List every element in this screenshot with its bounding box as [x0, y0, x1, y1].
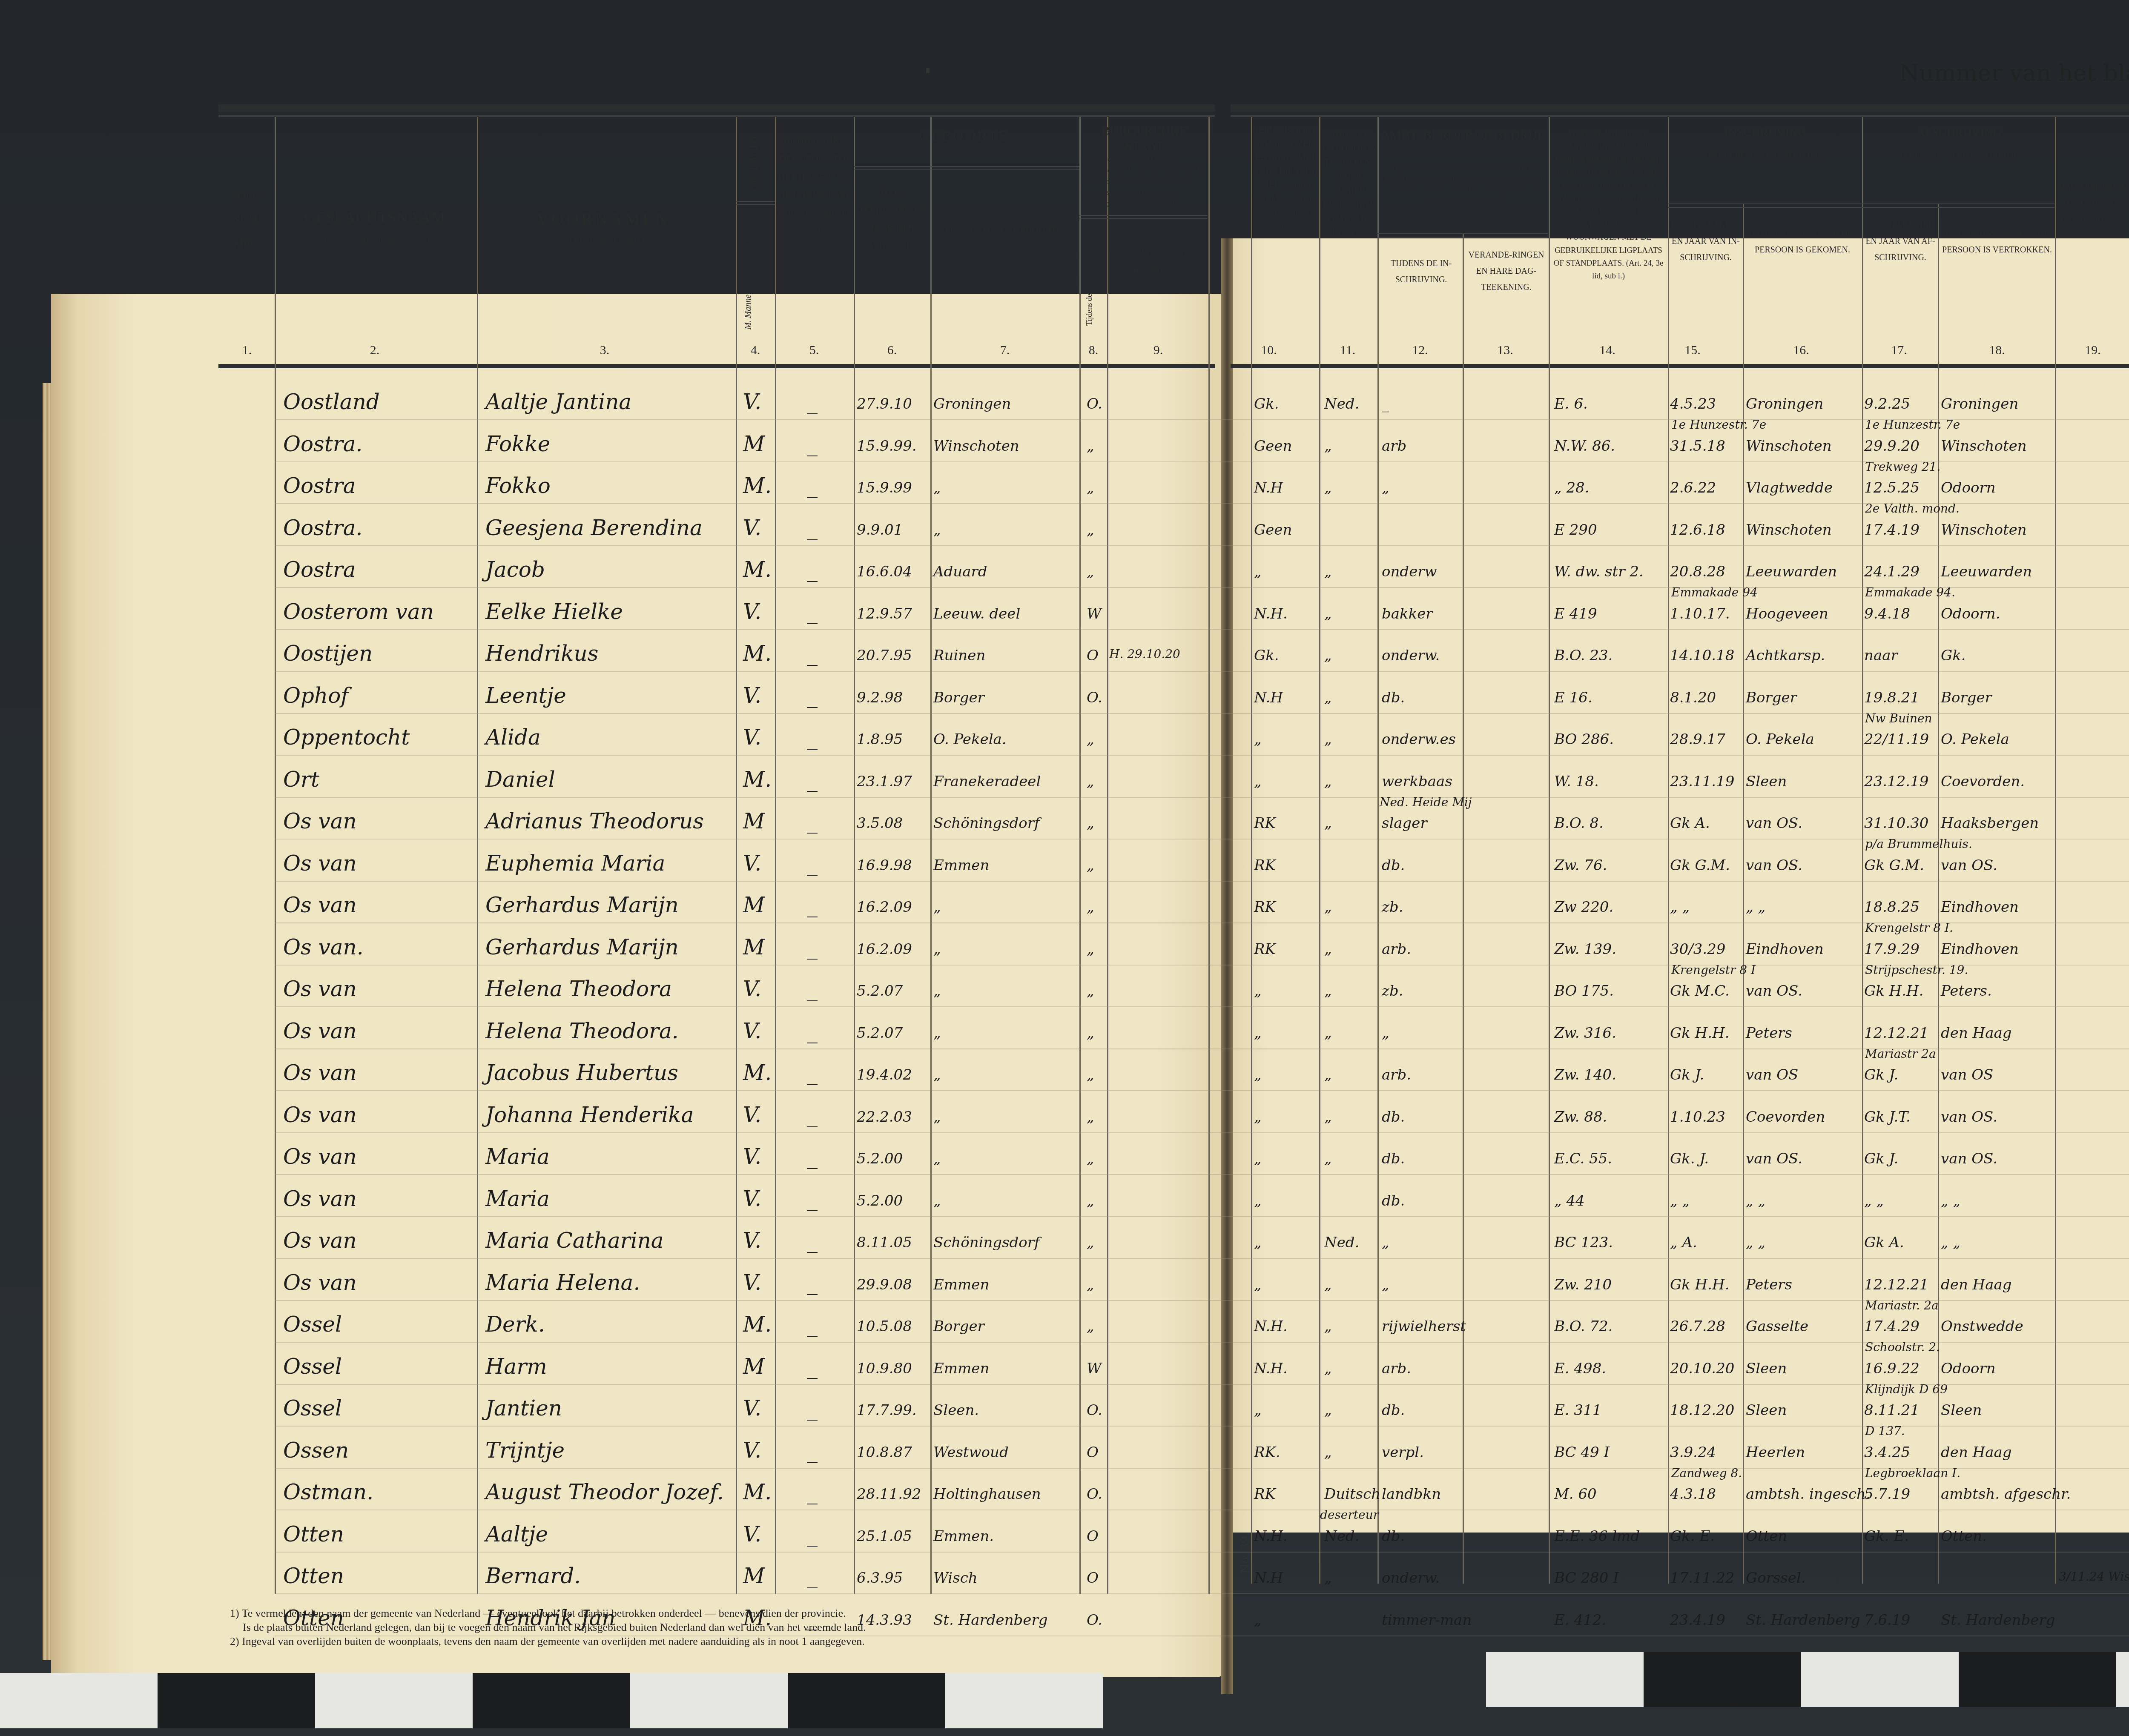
birth-date-cell: 5.2.07	[857, 983, 903, 1000]
address-cell: BC 123.	[1554, 1234, 1613, 1251]
address-note: Nw Buinen	[1865, 711, 1932, 725]
surname-cell: Os van	[283, 1270, 357, 1295]
birth-place-cell: Schöningsdorf	[933, 815, 1040, 832]
registration-date-cell: 12.6.18	[1670, 521, 1725, 539]
header-veranderingen-beroep: VERANDE-RINGEN EN HARE DAG-TEEKENING.	[1465, 247, 1548, 295]
birth-place-cell: „	[933, 1025, 941, 1042]
birth-place-cell: Sleen.	[933, 1402, 979, 1419]
birth-date-cell: 16.9.98	[857, 857, 912, 874]
sex-cell: M	[743, 432, 765, 456]
given-names-cell: Fokke	[485, 432, 550, 456]
deregistration-date-cell: 17.4.19	[1864, 521, 1920, 539]
church-cell: „	[1254, 1109, 1262, 1126]
occupation-cell: zb.	[1382, 983, 1403, 1000]
address-cell: W. dw. str 2.	[1554, 563, 1644, 580]
header-burgerlijke-staat: BURGERLIJKE STAAT	[1081, 123, 1208, 154]
sex-cell: V.	[743, 1186, 761, 1211]
registration-origin-cell: Winschoten	[1746, 521, 1832, 539]
row-ruling	[275, 922, 2129, 923]
nationality-cell: „	[1324, 815, 1332, 832]
header-afschrijving-sub: UIT HET BEVOLKINGSREGISTER.	[1863, 151, 2055, 160]
deregistration-date-cell: 16.9.22	[1864, 1360, 1920, 1377]
death-cell: 3/11.24 Wisch	[2059, 1570, 2129, 1584]
birth-date-cell: 25.1.05	[857, 1528, 912, 1545]
civil-change-cell: H. 29.10.20	[1109, 647, 1180, 661]
occupation-cell: werkbaas	[1382, 773, 1452, 790]
given-names-cell: Euphemia Maria	[485, 851, 665, 876]
header-inschrijving-plaats: PLAATS 1) VAN WAAR DE PERSOON IS GEKOMEN…	[1744, 226, 1861, 258]
deregistration-date-cell: Gk. E.	[1864, 1528, 1909, 1545]
church-cell: RK	[1254, 1486, 1276, 1503]
deregistration-date-cell: 7.6.19	[1864, 1612, 1910, 1629]
registration-date-cell: 31.5.18	[1670, 438, 1725, 455]
row-ruling	[275, 839, 2129, 839]
occupation-cell: db.	[1382, 1150, 1405, 1167]
inschrijving-sub-rule	[1668, 203, 1862, 208]
registration-date-cell: 17.11.22	[1670, 1570, 1734, 1587]
deregistration-date-cell: 8.11.21	[1864, 1402, 1920, 1419]
sex-cell: M	[743, 1354, 765, 1379]
civil-status-cell: „	[1087, 1025, 1094, 1042]
sex-cell: V.	[743, 516, 761, 540]
relation-cell: _	[807, 1564, 818, 1588]
birth-place-cell: Groningen	[933, 395, 1011, 413]
geboorte-sub-rule	[854, 166, 1079, 170]
address-cell: Zw. 76.	[1554, 857, 1607, 874]
deregistration-destination-cell: ambtsh. afgeschr.	[1941, 1486, 2071, 1503]
church-cell: „	[1254, 773, 1262, 790]
address-cell: E. 6.	[1554, 395, 1588, 413]
row-ruling	[275, 1216, 2129, 1217]
birth-place-cell: Winschoten	[933, 438, 1019, 455]
header-veranderingen: Veranderingen en hare dagteekening.	[1109, 243, 1206, 280]
geslacht-sub-rule	[736, 201, 775, 205]
deregistration-destination-cell: Sleen	[1941, 1402, 1982, 1419]
header-burgerlijke-sub: voor ongehuwden met O, voor de gehuwden …	[1082, 153, 1207, 209]
column-number: 15.	[1680, 343, 1705, 358]
nationality-cell: „	[1324, 438, 1332, 455]
address-note: 1e Hunzestr. 7e	[1865, 418, 1960, 432]
deregistration-date-cell: Gk G.M.	[1864, 857, 1924, 874]
header-inschrijving-datum: DAG-TEEKENING EN JAAR VAN IN-SCHRIJVING.	[1669, 217, 1742, 266]
sex-cell: V.	[743, 1228, 761, 1253]
sex-cell: M.	[743, 473, 772, 498]
header-tijdens-inschrijving: Tijdens de inschrijving.	[1085, 238, 1094, 341]
deregistration-date-cell: Gk J.T.	[1864, 1109, 1911, 1126]
relation-cell: _	[807, 725, 818, 750]
registration-origin-cell: St. Hardenberg	[1746, 1612, 1860, 1629]
column-number: 7.	[992, 343, 1018, 358]
relation-cell: _	[807, 767, 818, 792]
occupation-cell: onderw.	[1382, 647, 1440, 664]
deregistration-destination-cell: van OS.	[1941, 857, 1997, 874]
row-ruling	[275, 1510, 2129, 1510]
header-afschrijving-plaats: PLAATS 1) WAARHEEN DE PERSOON IS VERTROK…	[1940, 226, 2054, 258]
header-inschrijving-sub: IN HET BEVOLKINGSREGISTER.	[1669, 151, 1862, 160]
row-ruling	[275, 419, 2129, 420]
civil-status-cell: „	[1087, 815, 1094, 832]
col-divider	[775, 117, 776, 1594]
birth-place-cell: „	[933, 899, 941, 916]
surname-cell: Os van	[283, 1060, 357, 1085]
col-divider	[1107, 117, 1108, 1594]
surname-cell: Ossel	[283, 1354, 342, 1379]
row-ruling	[275, 545, 2129, 546]
relation-cell: _	[807, 1312, 818, 1337]
church-cell: „	[1254, 1025, 1262, 1042]
registration-date-cell: Gk H.H.	[1670, 1025, 1730, 1042]
sex-cell: V.	[743, 390, 761, 414]
relation-cell: _	[807, 1019, 818, 1043]
column-number: 4.	[743, 343, 768, 358]
sex-cell: V.	[743, 977, 761, 1001]
given-names-cell: Jacobus Hubertus	[485, 1060, 678, 1085]
birth-date-cell: 27.9.10	[857, 395, 912, 413]
occupation-cell: db.	[1382, 1109, 1405, 1126]
church-cell: Geen	[1254, 438, 1292, 455]
deregistration-destination-cell: Peters.	[1941, 983, 1992, 1000]
civil-status-cell: „	[1087, 563, 1094, 580]
church-cell: RK	[1254, 857, 1276, 874]
deregistration-destination-cell: „ „	[1941, 1234, 1960, 1251]
deregistration-date-cell: 18.8.25	[1864, 899, 1920, 916]
deregistration-destination-cell: St. Hardenberg	[1941, 1612, 2055, 1629]
surname-cell: Os van	[283, 851, 357, 876]
given-names-cell: Adrianus Theodorus	[485, 809, 704, 834]
relation-cell: _	[807, 1186, 818, 1211]
address-cell: E 290	[1554, 521, 1597, 539]
surname-cell: Oppentocht	[283, 725, 410, 750]
birth-place-cell: Borger	[933, 1318, 984, 1335]
row-ruling	[275, 461, 2129, 462]
address-note: deserteur	[1320, 1508, 1379, 1522]
church-cell: N.H.	[1254, 1360, 1288, 1377]
registration-origin-cell: Gorssel.	[1746, 1570, 1806, 1587]
header-rule-bottom-right	[1231, 364, 2129, 368]
sex-cell: V.	[743, 851, 761, 876]
deregistration-date-cell: Gk A.	[1864, 1234, 1904, 1251]
birth-place-cell: St. Hardenberg	[933, 1612, 1047, 1629]
nationality-cell: „	[1324, 731, 1332, 748]
footnote-1-cont: Is de plaats buiten Nederland gelegen, d…	[243, 1621, 866, 1634]
deregistration-destination-cell: O. Pekela	[1941, 731, 2009, 748]
civil-status-cell: „	[1087, 1276, 1094, 1293]
registration-origin-cell: van OS.	[1746, 857, 1802, 874]
given-names-cell: Bernard.	[485, 1564, 581, 1588]
address-cell: „ 44	[1554, 1192, 1585, 1209]
relation-cell: _	[807, 1480, 818, 1504]
church-cell: „	[1254, 731, 1262, 748]
given-names-cell: August Theodor Jozef.	[485, 1480, 724, 1504]
col-divider	[477, 117, 478, 1594]
deregistration-destination-cell: Coevorden.	[1941, 773, 2025, 790]
row-ruling	[275, 1048, 2129, 1049]
burgerlijke-sub-rule	[1079, 215, 1207, 219]
address-cell: B.O. 72.	[1554, 1318, 1613, 1335]
civil-status-cell: O.	[1087, 395, 1102, 413]
deregistration-date-cell: naar	[1864, 647, 1898, 664]
header-rule-top-left	[218, 104, 1215, 112]
civil-status-cell: „	[1087, 899, 1094, 916]
birth-place-cell: Emmen	[933, 1276, 989, 1293]
header-overlijden: DAG-TEEKENING EN JAAR VAN OVER-LIJDEN 2)…	[2057, 179, 2129, 227]
birth-date-cell: 9.9.01	[857, 521, 903, 539]
surname-cell: Ort	[283, 767, 319, 792]
nationality-cell: „	[1324, 983, 1332, 1000]
birth-date-cell: 1.8.95	[857, 731, 903, 748]
registration-origin-cell: Groningen	[1746, 395, 1823, 413]
column-number: 16.	[1788, 343, 1814, 358]
birth-date-cell: 15.9.99.	[857, 438, 917, 455]
nationality-cell: „	[1324, 1109, 1332, 1126]
address-cell: M. 60	[1554, 1486, 1597, 1503]
surname-cell: Oostland	[283, 390, 380, 414]
nationality-cell: „	[1324, 479, 1332, 496]
address-cell: Zw 220.	[1554, 899, 1613, 916]
given-names-cell: Hendrikus	[485, 641, 598, 666]
address-note: Mariastr. 2a	[1865, 1298, 1939, 1312]
registration-origin-cell: „ „	[1746, 1234, 1765, 1251]
given-names-cell: Eelke Hielke	[485, 599, 623, 624]
address-note: Mariastr 2a	[1865, 1047, 1936, 1061]
address-cell: E. 498.	[1554, 1360, 1606, 1377]
given-names-cell: Maria Helena.	[485, 1270, 640, 1295]
given-names-cell: Daniel	[485, 767, 555, 792]
registration-origin-cell: Heerlen	[1746, 1444, 1805, 1461]
given-names-cell: Leentje	[485, 683, 566, 708]
surname-cell: Ossen	[283, 1438, 349, 1463]
occupation-cell: db.	[1382, 1192, 1405, 1209]
nationality-cell: „	[1324, 941, 1332, 958]
surname-cell: Ossel	[283, 1396, 342, 1421]
address-note: 2e Valth. mond.	[1865, 501, 1960, 516]
row-ruling	[275, 1258, 2129, 1259]
registration-origin-cell: Sleen	[1746, 1360, 1787, 1377]
given-names-cell: Helena Theodora.	[485, 1019, 679, 1043]
sex-cell: V.	[743, 1396, 761, 1421]
relation-cell: _	[807, 1354, 818, 1379]
given-names-cell: Johanna Henderika	[485, 1103, 694, 1127]
address-cell: E.C. 55.	[1554, 1150, 1612, 1167]
row-ruling	[275, 1384, 2129, 1385]
occupation-cell: „	[1382, 1025, 1389, 1042]
registration-origin-cell: Vlagtwedde	[1746, 479, 1833, 496]
occupation-cell: rijwielherst	[1382, 1318, 1466, 1335]
surname-cell: Oosterom van	[283, 599, 434, 624]
registration-date-cell: 20.10.20	[1670, 1360, 1734, 1377]
deregistration-destination-cell: Eindhoven	[1941, 899, 2019, 916]
address-cell: W. 18.	[1554, 773, 1599, 790]
civil-status-cell: O.	[1087, 1486, 1102, 1503]
sex-cell: M.	[743, 1060, 772, 1085]
civil-status-cell: O.	[1087, 1402, 1102, 1419]
row-ruling	[275, 1468, 2129, 1469]
deregistration-destination-cell: Groningen	[1941, 395, 2018, 413]
occupation-cell: arb.	[1382, 1360, 1411, 1377]
relation-cell: _	[807, 473, 818, 498]
color-scale-bar-left	[0, 1673, 1103, 1728]
church-cell: „	[1254, 1066, 1262, 1083]
church-cell: N.H	[1254, 689, 1283, 706]
occupation-cell: db.	[1382, 857, 1405, 874]
nationality-cell: „	[1324, 899, 1332, 916]
occupation-cell: landbkn	[1382, 1486, 1441, 1503]
church-cell: N.H.	[1254, 1528, 1288, 1545]
birth-place-cell: „	[933, 1150, 941, 1167]
address-note: Emmakade 94.	[1865, 585, 1955, 599]
col-divider	[930, 117, 932, 1594]
sex-cell: V.	[743, 599, 761, 624]
birth-date-cell: 10.9.80	[857, 1360, 912, 1377]
row-ruling	[275, 1426, 2129, 1427]
birth-place-cell: Holtinghausen	[933, 1486, 1041, 1503]
deregistration-destination-cell: Odoorn.	[1941, 605, 2000, 622]
occupation-cell: timmer-man	[1382, 1612, 1472, 1629]
birth-date-cell: 5.2.00	[857, 1150, 903, 1167]
registration-origin-cell: van OS.	[1746, 983, 1802, 1000]
deregistration-destination-cell: Odoorn	[1941, 1360, 1996, 1377]
header-betrekking: BETREK-KING DER LEDEN TOT HET HOOFD VAN …	[777, 132, 853, 239]
header-geboorte-plaats: PLAATS 1) VAN GEBOORTE.	[933, 217, 1077, 241]
given-names-cell: Aaltje Jantina	[485, 390, 631, 414]
col-divider	[1862, 117, 1863, 1584]
surname-cell: Os van	[283, 1144, 357, 1169]
registration-origin-cell: Borger	[1746, 689, 1797, 706]
relation-cell: _	[807, 851, 818, 876]
surname-cell: Oostra.	[283, 516, 362, 540]
column-number: 1.	[234, 343, 260, 358]
relation-cell: _	[807, 977, 818, 1001]
sex-cell: V.	[743, 1019, 761, 1043]
registration-date-cell: Gk. E.	[1670, 1528, 1715, 1545]
birth-place-cell: Borger	[933, 689, 984, 706]
col-divider	[1463, 234, 1464, 1584]
col-divider	[1251, 117, 1252, 1584]
birth-place-cell: Franekeradeel	[933, 773, 1041, 790]
civil-status-cell: W	[1087, 1360, 1102, 1377]
address-cell: Zw. 139.	[1554, 941, 1616, 958]
relation-cell: _	[807, 1228, 818, 1253]
civil-status-cell: „	[1087, 731, 1094, 748]
civil-status-cell: „	[1087, 438, 1094, 455]
registration-date-cell: 23.4.19	[1670, 1612, 1725, 1629]
address-note: D 137.	[1865, 1424, 1905, 1438]
column-number: 11.	[1335, 343, 1360, 358]
birth-date-cell: 23.1.97	[857, 773, 912, 790]
relation-cell: _	[807, 1438, 818, 1463]
given-names-cell: Jacob	[485, 557, 545, 582]
registration-date-cell: 2.6.22	[1670, 479, 1716, 496]
given-names-cell: Maria Catharina	[485, 1228, 664, 1253]
registration-date-cell: „ „	[1670, 899, 1690, 916]
column-number: 3.	[592, 343, 617, 358]
nationality-cell: „	[1324, 1402, 1332, 1419]
col-divider	[1377, 117, 1379, 1584]
registration-date-cell: 3.9.24	[1670, 1444, 1716, 1461]
address-cell: B.O. 23.	[1554, 647, 1613, 664]
occupation-cell: arb.	[1382, 941, 1411, 958]
surname-cell: Otten	[283, 1522, 344, 1547]
nationality-cell: „	[1324, 1066, 1332, 1083]
row-ruling	[275, 629, 2129, 630]
given-names-cell: Geesjena Berendina	[485, 516, 703, 540]
surname-cell: Os van	[283, 809, 357, 834]
civil-status-cell: „	[1087, 1318, 1094, 1335]
church-cell: „	[1254, 1402, 1262, 1419]
address-note: Klijndijk D 69	[1865, 1382, 1948, 1396]
nationality-cell: „	[1324, 563, 1332, 580]
deregistration-date-cell: 22/11.19	[1864, 731, 1929, 748]
book-gutter	[1221, 238, 1233, 1694]
birth-place-cell: Leeuw. deel	[933, 605, 1020, 622]
birth-date-cell: 12.9.57	[857, 605, 912, 622]
registration-origin-cell: Achtkarsp.	[1746, 647, 1825, 664]
header-kerkgenootschap: KERK-GE-NOOT-SCHAP OF VER-EENIGING MET G…	[1252, 123, 1319, 232]
relation-cell: _	[807, 683, 818, 708]
row-ruling	[275, 1132, 2129, 1133]
occupation-cell: db.	[1382, 1528, 1405, 1545]
relation-cell: _	[807, 1396, 818, 1421]
row-ruling	[275, 1552, 2129, 1553]
occupation-cell: „	[1382, 1276, 1389, 1293]
nationality-cell: Ned.	[1324, 1234, 1359, 1251]
deregistration-date-cell: 9.4.18	[1864, 605, 1910, 622]
address-cell: „ 28.	[1554, 479, 1590, 496]
relation-cell: _	[807, 432, 818, 456]
birth-date-cell: 16.2.09	[857, 941, 912, 958]
occupation-cell: verpl.	[1382, 1444, 1424, 1461]
header-tijdens-inschrijving-beroep: TIJDENS DE IN-SCHRIJVING.	[1380, 255, 1463, 288]
church-cell: Geen	[1254, 521, 1292, 539]
deregistration-date-cell: 31.10.30	[1864, 815, 1928, 832]
relation-cell: _	[807, 1060, 818, 1085]
birth-date-cell: 28.11.92	[857, 1486, 921, 1503]
column-number: 13.	[1492, 343, 1518, 358]
sex-cell: V.	[743, 1270, 761, 1295]
given-names-cell: Derk.	[485, 1312, 545, 1337]
header-afschrijving-datum: DAG-TEEKENING EN JAAR VAN AF-SCHRIJVING.	[1863, 217, 1937, 266]
registration-date-cell: Gk J.	[1670, 1066, 1704, 1083]
sex-cell: M	[743, 893, 765, 917]
given-names-cell: Gerhardus Marijn	[485, 935, 679, 960]
row-ruling	[275, 671, 2129, 672]
column-number: 14.	[1595, 343, 1620, 358]
registration-date-cell: „ A.	[1670, 1234, 1697, 1251]
col-divider	[854, 117, 855, 1594]
header-volgnummer: VOLG- NUM- MER.	[219, 183, 275, 256]
birth-date-cell: 3.5.08	[857, 815, 903, 832]
birth-place-cell: Ruinen	[933, 647, 985, 664]
occupation-cell: onderw.es	[1382, 731, 1456, 748]
nationality-cell: „	[1324, 647, 1332, 664]
civil-status-cell: „	[1087, 1109, 1094, 1126]
col-divider	[1208, 117, 1210, 1594]
nationality-cell: „	[1324, 605, 1332, 622]
sex-cell: M	[743, 1564, 765, 1588]
church-cell: Gk.	[1254, 395, 1279, 413]
col-divider	[1668, 117, 1669, 1584]
sex-cell: V.	[743, 1144, 761, 1169]
col-divider	[1938, 204, 1939, 1584]
row-ruling	[275, 797, 2129, 798]
header-voornamen: VOORNAMEN.	[479, 209, 735, 229]
sex-cell: M	[743, 935, 765, 960]
address-cell: Zw. 210	[1554, 1276, 1612, 1293]
registration-date-cell: 28.9.17	[1670, 731, 1725, 748]
header-rule-bottom-left	[218, 364, 1215, 368]
registration-date-cell: „ „	[1670, 1192, 1690, 1209]
deregistration-destination-cell: den Haag	[1941, 1276, 2012, 1293]
